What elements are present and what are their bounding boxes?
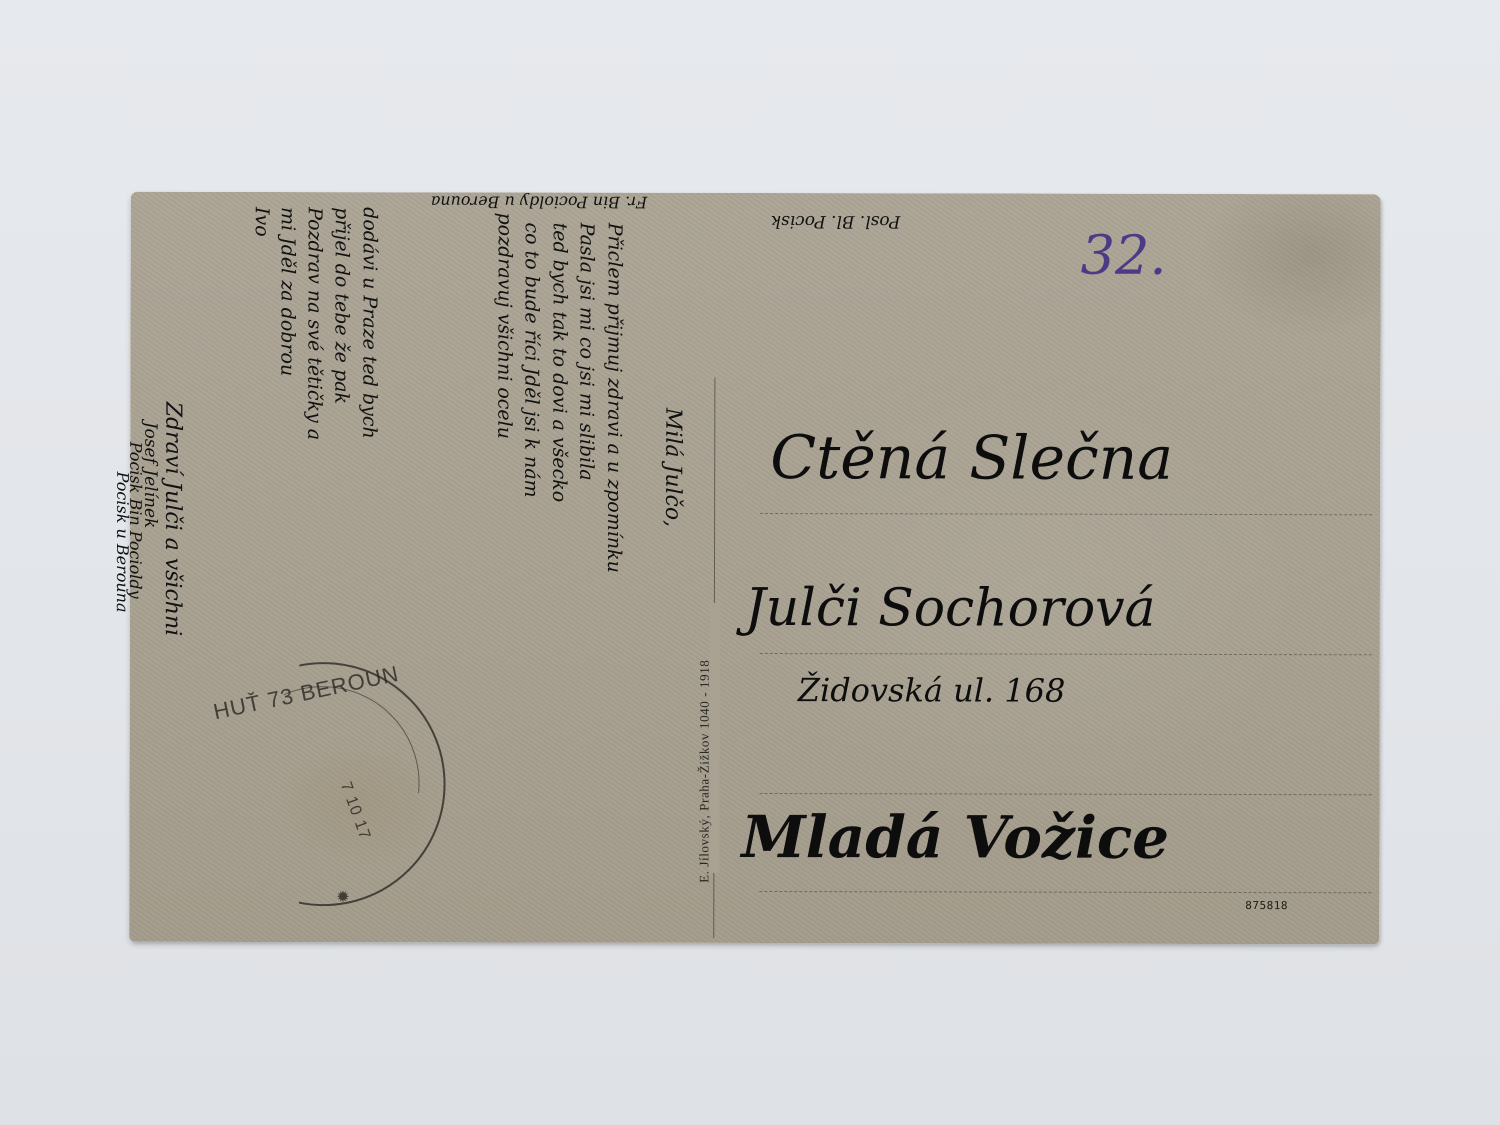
postcard-back: Posl. Bl. Pocisk Fr. Bin Pocioldy u Bero…	[129, 192, 1381, 945]
publisher-imprint: E. Jílovský, Praha-Žižkov 1040 - 1918	[696, 623, 713, 883]
address-town: Mladá Vožice	[741, 803, 1169, 872]
address-rule-4	[759, 891, 1371, 893]
pencil-number-note: 32.	[1081, 224, 1167, 287]
address-name: Julči Sochorová	[745, 578, 1156, 639]
message-closing: Zdraví Julči a všichni	[160, 402, 185, 636]
address-rule-1	[760, 513, 1372, 515]
address-rule-2	[760, 653, 1372, 655]
message-signature-3: Pocisk u Berouna	[113, 472, 132, 613]
message-line-9: mi Jděl za dobrou	[276, 207, 298, 376]
address-street: Židovská ul. 168	[798, 671, 1066, 710]
serial-number: 875818	[1245, 899, 1288, 912]
message-line-2: Pasla jsi mi co jsi mi slibila	[575, 223, 598, 481]
message-line-1: Přiclem přijmuj zdravi a u zpomínku	[603, 223, 626, 573]
sender-note-line-2: Fr. Bin Pocioldy u Berouna	[431, 192, 647, 211]
message-line-8: Pozdrav na své tětičky a	[303, 207, 325, 440]
sender-note-line-1: Posl. Bl. Pocisk	[771, 211, 901, 231]
address-salutation: Ctěná Slečna	[770, 423, 1173, 494]
postmark-star-icon: ✹	[336, 887, 349, 906]
message-line-5: pozdravuj všichni ocelu	[493, 212, 515, 439]
address-rule-3	[760, 793, 1372, 795]
message-line-7: přijel do tebe že pak	[330, 207, 352, 404]
message-line-6: dodávi u Praze ted bych	[358, 207, 380, 439]
message-line-10: Ivo	[251, 207, 273, 237]
message-greeting: Milá Julčo,	[660, 408, 685, 527]
message-line-4: co to bude říci Jděl jsi k nám	[520, 223, 543, 498]
message-line-3: ted bych tak to dovi a všecko	[548, 223, 571, 503]
